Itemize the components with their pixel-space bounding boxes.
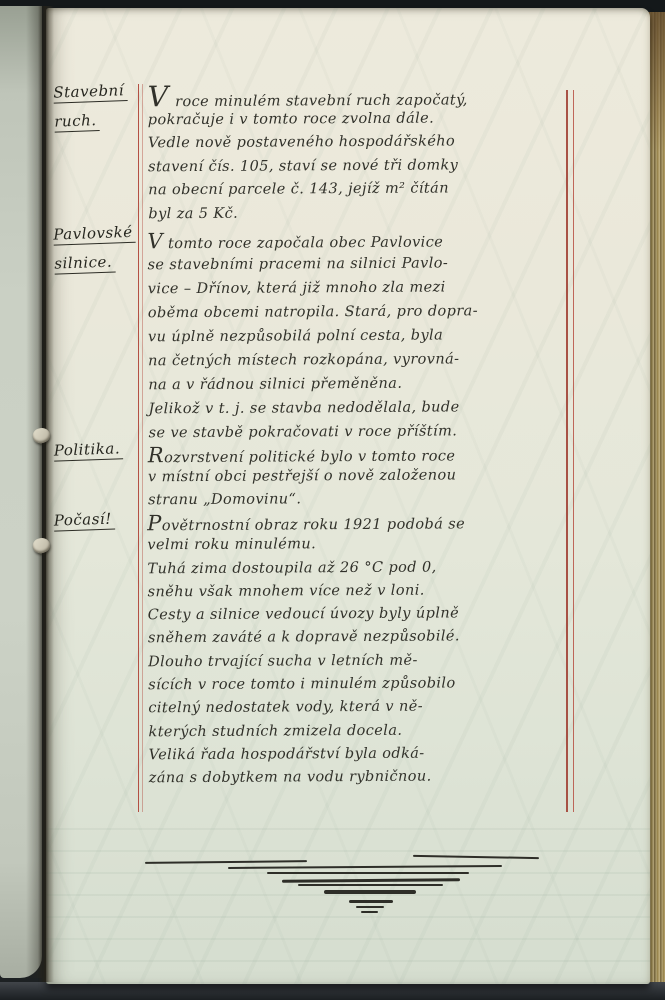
handwritten-line: na četných místech rozkopána, vyrovná-	[148, 347, 570, 374]
handwritten-line: Povětrnostní obraz roku 1921 podobá se	[147, 509, 569, 535]
margin-heading-line: Pavlovské	[53, 223, 136, 246]
handwritten-line: vice – Dřínov, která již mnoho zla mezi	[148, 275, 570, 302]
paragraph-pavlovske-silnice: V tomto roce započala obec Pavlovicese s…	[147, 227, 570, 446]
handwritten-line: Vedle nově postaveného hospodářského	[148, 130, 570, 156]
table-shadow	[0, 982, 665, 1000]
margin-heading-pavlovske-silnice: Pavlovskésilnice.	[53, 222, 147, 283]
handwritten-line: pokračuje i v tomto roce zvolna dále.	[148, 106, 570, 132]
handwritten-line: se stavebními pracemi na silnici Pavlo-	[147, 251, 569, 278]
margin-heading-pocasi: Počasí!	[54, 508, 147, 540]
flourish-line	[349, 900, 393, 903]
handwritten-line: v místní obci pestřejší o nově založenou	[148, 464, 570, 490]
margin-heading-line: ruch.	[54, 111, 100, 133]
paragraph-stavebni-ruch: V roce minulém stavební ruch započatý,po…	[148, 83, 571, 227]
paragraph-pocasi: Povětrnostní obraz roku 1921 podobá seve…	[147, 509, 571, 791]
ruling-bleedthrough	[46, 808, 650, 984]
handwritten-line: sněhu však mnohem více než v loni.	[148, 579, 570, 605]
margin-heading-line: silnice.	[54, 252, 115, 274]
handwritten-line: sících v roce tomto i minulém způsobilo	[148, 672, 570, 698]
handwritten-line: stavení čís. 105, staví se nové tři domk…	[148, 153, 570, 179]
handwritten-line: kterých studních zmizela docela.	[148, 718, 570, 744]
handwritten-line: Dlouho trvající sucha v letních mě-	[148, 648, 570, 674]
handwritten-line: oběma obcemi natropila. Stará, pro dopra…	[148, 299, 570, 326]
margin-heading-line: Stavební	[53, 81, 127, 104]
handwritten-line: byl za 5 Kč.	[148, 200, 570, 226]
margin-heading-line: Politika.	[54, 439, 124, 461]
handwritten-line: V tomto roce započala obec Pavlovice	[147, 227, 569, 254]
handwritten-line: na obecní parcele č. 143, jejíž m² čítán	[148, 177, 570, 203]
handwritten-line: zána s dobytkem na vodu rybničnou.	[149, 765, 571, 791]
handwritten-line: Tuhá zima dostoupila až 26 °C pod 0,	[147, 555, 569, 581]
handwritten-line: vu úplně nezpůsobilá polní cesta, byla	[148, 323, 570, 350]
margin-heading-politika: Politika.	[54, 438, 147, 470]
margin-heading-line: Počasí!	[54, 509, 116, 531]
handwritten-line: na a v řádnou silnici přeměněna.	[148, 371, 570, 398]
flourish-line	[361, 911, 378, 913]
flourish-line	[324, 890, 416, 894]
handwritten-line: Rozvrstvení politické bylo v tomto roce	[148, 441, 570, 467]
handwritten-line: V roce minulém stavební ruch započatý,	[148, 83, 570, 109]
paragraph-politika: Rozvrstvení politické bylo v tomto rocev…	[148, 441, 570, 513]
handwritten-line: Cesty a silnice vedoucí úvozy byly úplně	[148, 602, 570, 628]
handwritten-line: sněhem zaváté a k dopravě nezpůsobilé.	[148, 625, 570, 651]
handwritten-line: citelný nedostatek vody, která v ně-	[148, 695, 570, 721]
flourish-line	[267, 872, 469, 874]
chronicle-book-photo: 1922 157. Stavebníruch. Pavlovskésilnice…	[0, 0, 665, 1000]
handwritten-line: Jelikož v t. j. se stavba nedodělala, bu…	[148, 395, 570, 422]
handwritten-line: Veliká řada hospodářství byla odká-	[149, 742, 571, 768]
facing-page	[0, 6, 42, 978]
margin-heading-stavebni-ruch: Stavebníruch.	[53, 80, 147, 141]
flourish-line	[356, 906, 384, 908]
flourish-line	[298, 884, 443, 886]
handwritten-line: velmi roku minulému.	[147, 532, 569, 558]
binding-gutter	[38, 6, 54, 982]
